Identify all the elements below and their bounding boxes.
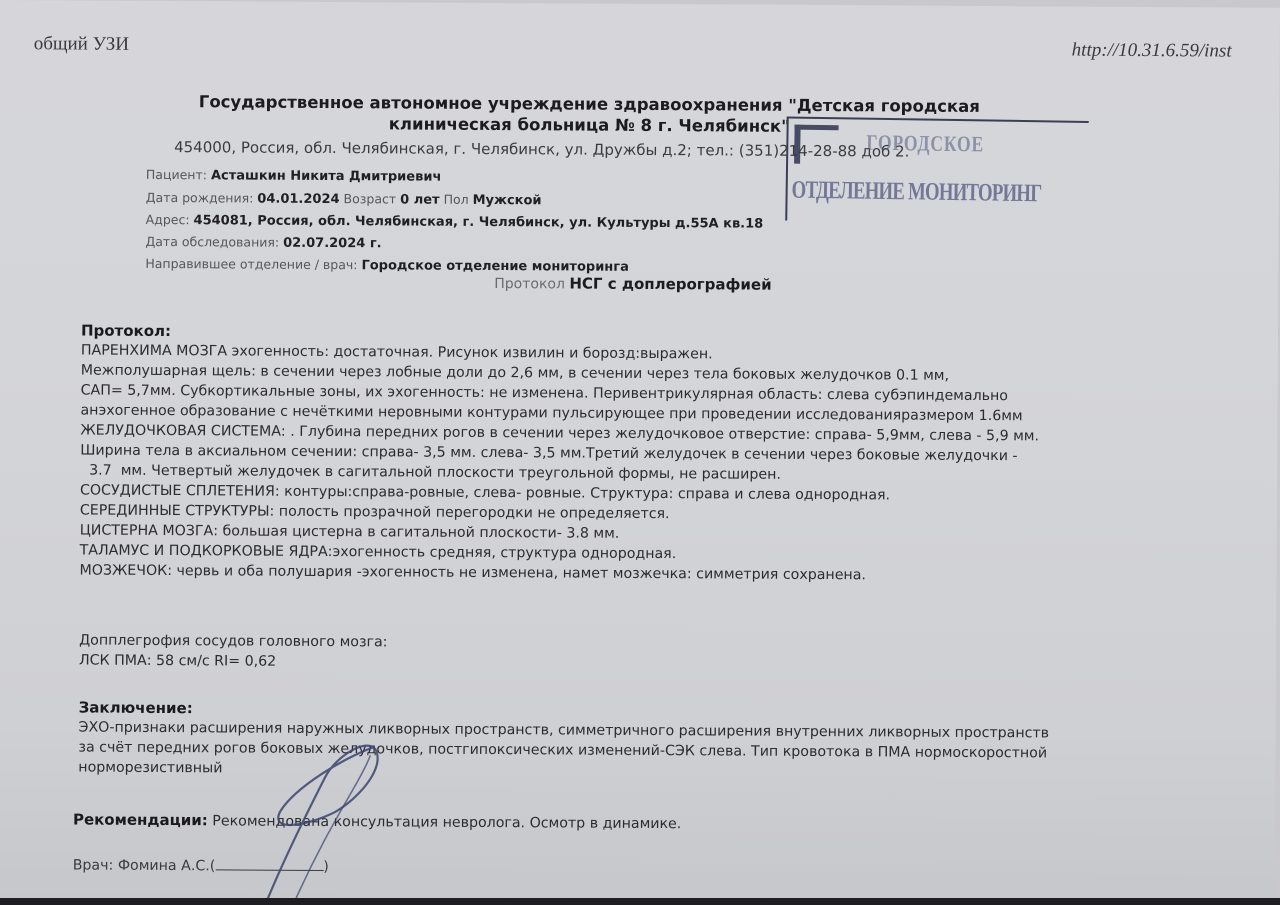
patient-name-row: Пациент: Асташкин Никита Дмитриевич <box>146 167 442 185</box>
exam-date-value: 02.07.2024 г. <box>283 236 382 252</box>
recommendations-row: Рекомендации: Рекомендована консультация… <box>73 810 681 832</box>
referral-value: Городское отделение мониторинга <box>361 258 628 275</box>
patient-dob-row: Дата рождения: 04.01.2024 Возраст 0 лет … <box>146 190 542 208</box>
dob-label: Дата рождения: <box>146 190 254 206</box>
recommendations-label: Рекомендации: <box>73 810 208 829</box>
print-header-title: общий УЗИ <box>34 33 129 56</box>
referral-label: Направившее отделение / врач: <box>145 256 357 272</box>
patient-name: Асташкин Никита Дмитриевич <box>211 168 442 184</box>
age-label: Возраст <box>344 191 397 206</box>
address-value: 454081, Россия, обл. Челябинская, г. Чел… <box>194 213 764 231</box>
exam-date-label: Дата обследования: <box>145 234 279 250</box>
sex-value: Мужской <box>473 193 542 208</box>
protocol-title-value: НСГ с доплерографией <box>569 274 771 293</box>
stamp-line-1: ГОРОДСКОЕ <box>866 130 984 158</box>
doctor-row: Врач: Фомина А.С.() <box>73 856 329 875</box>
conclusion-section: Заключение: ЭХО-признаки расширения нару… <box>78 697 1228 784</box>
patient-name-label: Пациент: <box>146 167 207 182</box>
doctor-name: Фомина А.С. <box>118 858 210 875</box>
dob-value: 04.01.2024 <box>257 192 339 208</box>
sex-label: Пол <box>444 192 469 207</box>
patient-address-row: Адрес: 454081, Россия, обл. Челябинская,… <box>146 212 764 232</box>
protocol-section: Протокол: ПАРЕНХИМА МОЗГА эхогенность: д… <box>79 321 1231 588</box>
page-bottom-edge <box>0 898 1280 905</box>
protocol-title: Протокол НСГ с доплерографией <box>494 274 771 294</box>
protocol-title-label: Протокол <box>494 276 565 292</box>
signature-close-paren: ) <box>323 859 329 875</box>
referral-row: Направившее отделение / врач: Городское … <box>145 256 629 275</box>
stamp-line-2: ОТДЕЛЕНИЕ МОНИТОРИНГ <box>791 177 1041 209</box>
recommendations-text: Рекомендована консультация невролога. Ос… <box>212 813 681 832</box>
doctor-label: Врач: <box>73 857 114 873</box>
print-header-url: http://10.31.6.59/inst <box>1072 40 1232 63</box>
age-value: 0 лет <box>400 192 440 207</box>
signature-line <box>215 857 323 871</box>
stamp-corner-mark <box>794 125 839 165</box>
address-label: Адрес: <box>146 212 190 227</box>
department-stamp: ГОРОДСКОЕ ОТДЕЛЕНИЕ МОНИТОРИНГ <box>785 116 1089 224</box>
doppler-section: Допплегрофия сосудов головного мозга: ЛС… <box>79 630 1229 677</box>
exam-date-row: Дата обследования: 02.07.2024 г. <box>145 234 381 251</box>
document-page: общий УЗИ http://10.31.6.59/inst Государ… <box>0 0 1280 905</box>
